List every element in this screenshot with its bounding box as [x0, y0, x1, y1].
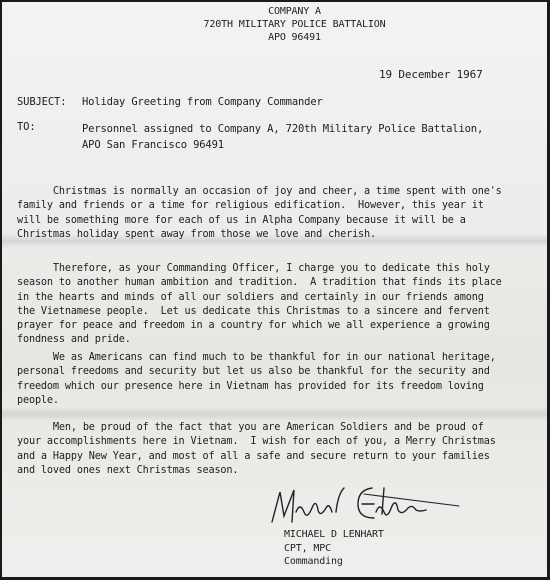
- letterhead-apo: APO 96491: [42, 31, 547, 44]
- to-line-1: Personnel assigned to Company A, 720th M…: [82, 123, 483, 135]
- to-value: Personnel assigned to Company A, 720th M…: [82, 121, 483, 153]
- subject-label: SUBJECT:: [17, 96, 82, 108]
- to-line-2: APO San Francisco 96491: [82, 139, 224, 151]
- letterhead-company: COMPANY A: [42, 5, 547, 18]
- subject-line: SUBJECT:Holiday Greeting from Company Co…: [17, 96, 323, 108]
- letter-page: COMPANY A 720TH MILITARY POLICE BATTALIO…: [2, 2, 547, 577]
- paragraph-3: We as Americans can find much to be than…: [17, 351, 545, 408]
- letter-date: 19 December 1967: [379, 68, 483, 81]
- letterhead: COMPANY A 720TH MILITARY POLICE BATTALIO…: [2, 5, 547, 44]
- scan-streak: [2, 407, 547, 421]
- signer-rank: CPT, MPC: [284, 542, 384, 556]
- letterhead-battalion: 720TH MILITARY POLICE BATTALION: [42, 18, 547, 31]
- signer-name: MICHAEL D LENHART: [284, 528, 384, 542]
- signature-block: MICHAEL D LENHART CPT, MPC Commanding: [284, 528, 384, 569]
- to-label: TO:: [17, 121, 82, 133]
- to-line: TO:Personnel assigned to Company A, 720t…: [17, 121, 483, 153]
- subject-value: Holiday Greeting from Company Commander: [82, 96, 323, 108]
- signer-title: Commanding: [284, 555, 384, 569]
- handwritten-signature: [264, 482, 464, 527]
- paragraph-4: Men, be proud of the fact that you are A…: [17, 421, 545, 478]
- paragraph-1: Christmas is normally an occasion of joy…: [17, 185, 545, 242]
- paragraph-2: Therefore, as your Commanding Officer, I…: [17, 262, 545, 348]
